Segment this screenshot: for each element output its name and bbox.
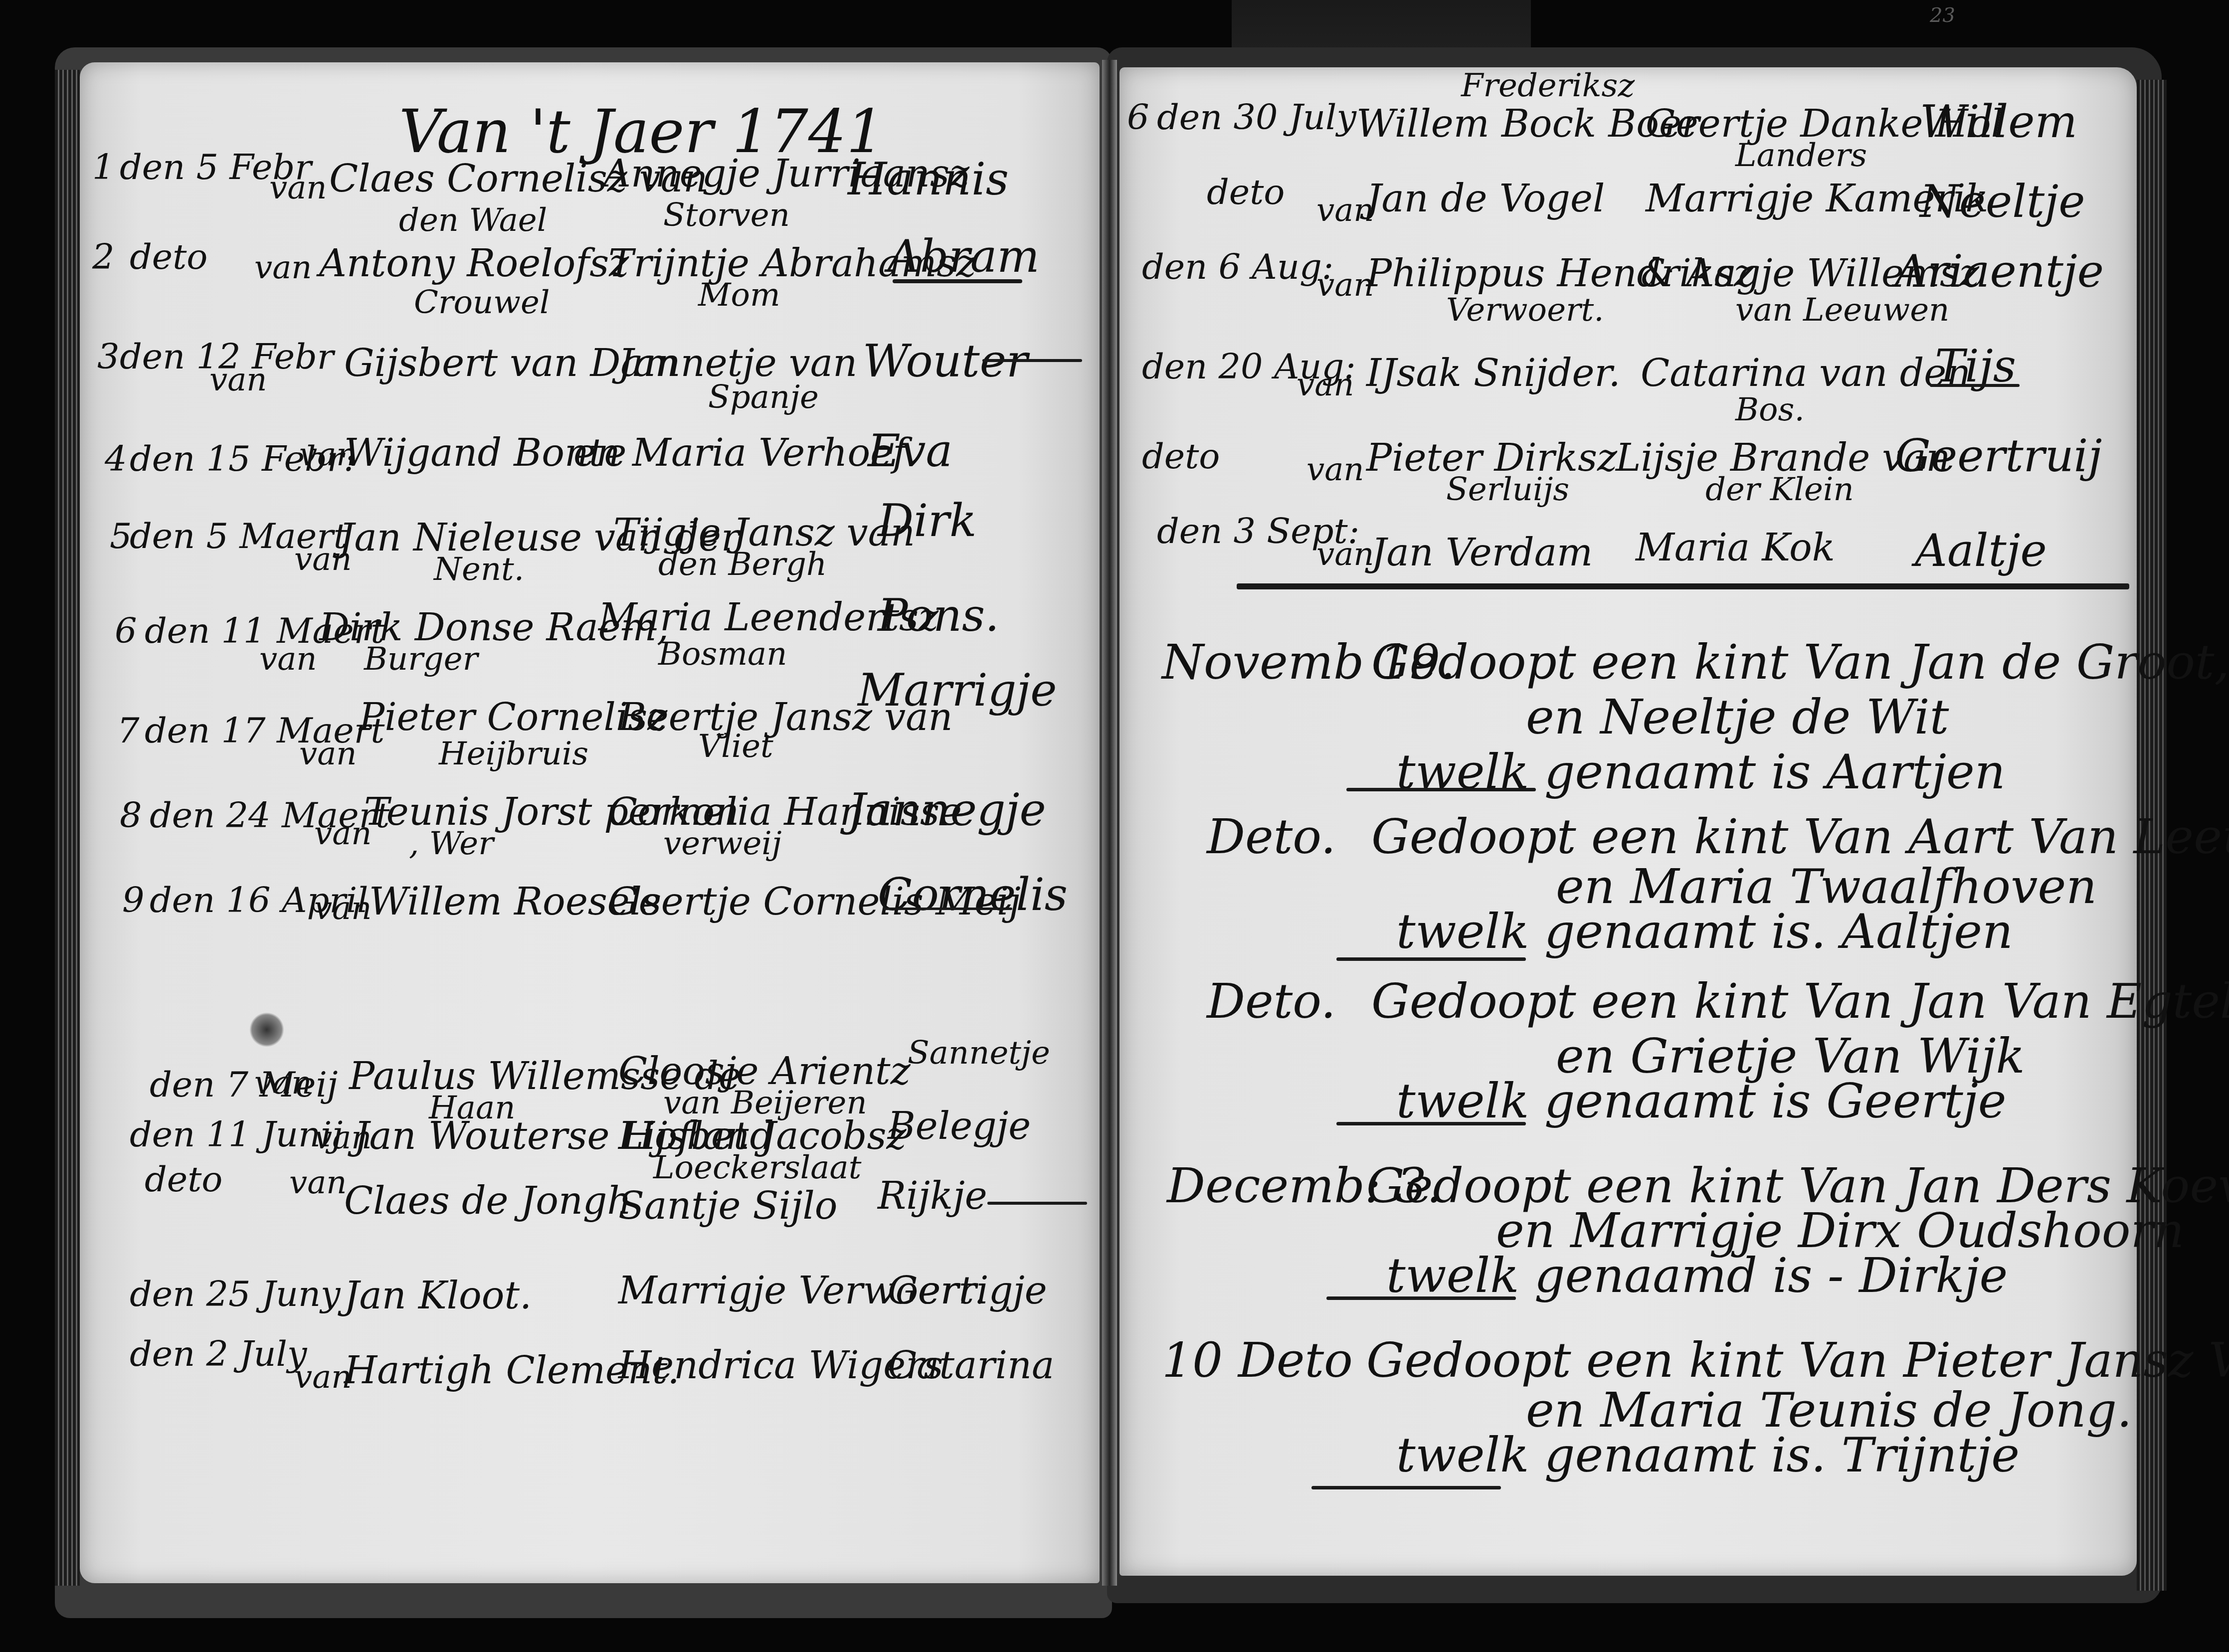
- child-name: Belegje: [888, 1107, 1031, 1145]
- father-name-cont: Verwoert.: [1446, 294, 1604, 326]
- entry-divider: [1336, 957, 1526, 961]
- child-name: Abram: [888, 234, 1040, 279]
- father-name: IJsak Snijder.: [1366, 354, 1621, 392]
- mother-name-cont: der Klein: [1705, 474, 1854, 506]
- entry-prefix: van: [1306, 454, 1364, 486]
- entry-date: den 2 July: [130, 1336, 307, 1371]
- child-name: Rijkje: [878, 1177, 987, 1215]
- entry-line-2: en Neeltje de Wit: [1526, 693, 1949, 741]
- father-name-above: Frederiksz: [1461, 70, 1635, 102]
- entry-line-3: twelk genaamd is - Dirkje: [1386, 1252, 2008, 1299]
- child-name: Marrigje: [858, 668, 1057, 713]
- entry-date: Deto.: [1207, 813, 1336, 861]
- child-name: Aaltje: [1915, 529, 2047, 573]
- entry-prefix: van: [1297, 369, 1354, 401]
- child-name: Jannegje: [848, 788, 1046, 833]
- mother-name-cont: van Leeuwen: [1735, 294, 1949, 326]
- entry-number: 8: [120, 798, 142, 833]
- mother-name-cont: Vliet: [698, 731, 773, 762]
- entry-prefix: van: [289, 1167, 347, 1199]
- father-name-cont: , Wer: [409, 828, 494, 860]
- mother-name: Jannetje van: [618, 344, 857, 382]
- folio-number: 23: [1930, 4, 1955, 27]
- entry-date: deto: [1207, 175, 1285, 209]
- child-name: Willem: [1920, 100, 2077, 145]
- child-name: Neeltje: [1920, 180, 2085, 224]
- mother-name-cont: Spanje: [708, 381, 819, 413]
- entry-number: 5: [110, 519, 132, 553]
- mother-name: en Maria Verhoef.: [573, 434, 918, 472]
- child-name: Dirk: [878, 499, 977, 544]
- child-name: Gerrigje: [888, 1272, 1047, 1309]
- mother-name-cont: Mom: [698, 279, 780, 311]
- entry-prefix: van: [314, 818, 372, 850]
- father-name-cont: den Wael: [399, 204, 547, 236]
- child-name: Cornelis: [878, 873, 1068, 918]
- child-name: Tijs: [1935, 344, 2016, 389]
- father-name: Jan Verdam: [1371, 534, 1593, 571]
- entry-divider: [1311, 1486, 1501, 1489]
- entry-number: 9: [122, 883, 145, 918]
- entry-number: 6: [1127, 100, 1149, 135]
- entry-line-3: twelk genaamt is. Trijntje: [1396, 1431, 2020, 1479]
- mother-name-cont: verweij: [663, 828, 782, 860]
- entry-number: 7: [117, 713, 140, 748]
- father-name: Antony Roelofsz: [319, 244, 629, 282]
- mother-name-cont: Storven: [663, 199, 790, 231]
- entry-number: 2: [92, 239, 115, 274]
- entry-number: 6: [115, 613, 137, 648]
- ink-underline: [893, 279, 1022, 283]
- entry-prefix: van: [314, 893, 372, 924]
- child-name: Pons.: [878, 593, 999, 638]
- entry-date: Deto.: [1207, 977, 1336, 1025]
- entry-prefix: van: [1316, 269, 1374, 301]
- entry-prefix: van: [259, 643, 317, 675]
- father-name-cont: Heijbruis: [439, 738, 588, 770]
- entry-prefix: van: [254, 1067, 312, 1099]
- entry-prefix: van: [1316, 539, 1374, 570]
- mother-name: Santje Sijlo: [618, 1187, 838, 1225]
- entry-date: deto: [1142, 439, 1220, 474]
- entry-date: deto: [130, 239, 208, 274]
- entry-number: 1: [92, 150, 115, 184]
- entry-divider: [1326, 1296, 1516, 1300]
- child-name: Sannetje: [908, 1037, 1050, 1069]
- ink-blot: [249, 1012, 284, 1047]
- entry-prefix: van: [1316, 194, 1374, 226]
- ink-dash: [982, 359, 1082, 362]
- section-divider: [1237, 583, 2129, 589]
- entry-date: den 25 Juny: [130, 1277, 341, 1311]
- father-name-cont: Serluijs: [1446, 474, 1569, 506]
- child-name: Hannis: [848, 157, 1009, 202]
- entry-number: 4: [105, 441, 127, 476]
- mother-name-cont: den Bergh: [658, 549, 827, 580]
- father-name-cont: Burger: [364, 643, 478, 675]
- entry-number: 3: [97, 339, 120, 374]
- child-name: Catarina: [888, 1346, 1054, 1384]
- father-name: Jan Kloot.: [344, 1277, 532, 1314]
- father-name-cont: Crouwel: [414, 287, 550, 319]
- mother-name-cont: Loeckerslaat: [653, 1152, 861, 1184]
- entry-prefix: van: [254, 252, 312, 284]
- entry-date: deto: [145, 1162, 223, 1197]
- book-spine: [1102, 60, 1117, 1586]
- entry-line-1: Gedoopt een kint Van Pieter Jansz Verker…: [1366, 1336, 2229, 1384]
- entry-date: den 6 Aug:: [1142, 249, 1333, 284]
- mother-name-cont: Bosman: [658, 638, 787, 670]
- entry-date: den 30 July: [1157, 100, 1356, 135]
- father-name: Claes de Jongh: [344, 1182, 631, 1220]
- entry-prefix: van: [299, 738, 357, 770]
- entry-prefix: van: [209, 364, 267, 396]
- mother-name: Catarina van den: [1641, 354, 1971, 392]
- entry-line-3: twelk genaamt is Geertje: [1396, 1077, 2006, 1125]
- entry-line-1: Gedoopt een kint Van Jan Van Egtelt.: [1371, 977, 2229, 1025]
- entry-prefix: van: [294, 1361, 352, 1393]
- entry-divider: [1346, 788, 1536, 791]
- entry-divider: [1336, 1122, 1526, 1125]
- page-edges-left: [55, 70, 80, 1586]
- mother-name-cont: Landers: [1735, 140, 1867, 172]
- entry-date: den 11 Junij: [130, 1117, 343, 1152]
- father-name: Jan de Vogel: [1366, 180, 1605, 217]
- entry-line-1: Gedoopt een kint Van Jan de Groot,: [1371, 638, 2229, 686]
- child-name: Geertruij: [1895, 434, 2102, 479]
- entry-line-3: twelk genaamt is. Aaltjen: [1396, 908, 2013, 955]
- father-name-cont: Nent.: [434, 553, 524, 585]
- ink-underline: [883, 908, 1012, 910]
- entry-prefix: van: [269, 172, 327, 204]
- ink-dash: [987, 1202, 1087, 1205]
- ink-underline: [1930, 384, 2020, 387]
- child-name: Eva: [868, 429, 952, 474]
- mother-name-cont: Bos.: [1735, 394, 1805, 426]
- entry-date: 10 Deto: [1162, 1336, 1353, 1384]
- entry-line-1: Gedoopt een kint Van Aart Van Leeuwen: [1371, 813, 2229, 861]
- child-name: Ariaentje: [1895, 249, 2104, 294]
- mother-name: Maria Kok: [1636, 529, 1835, 566]
